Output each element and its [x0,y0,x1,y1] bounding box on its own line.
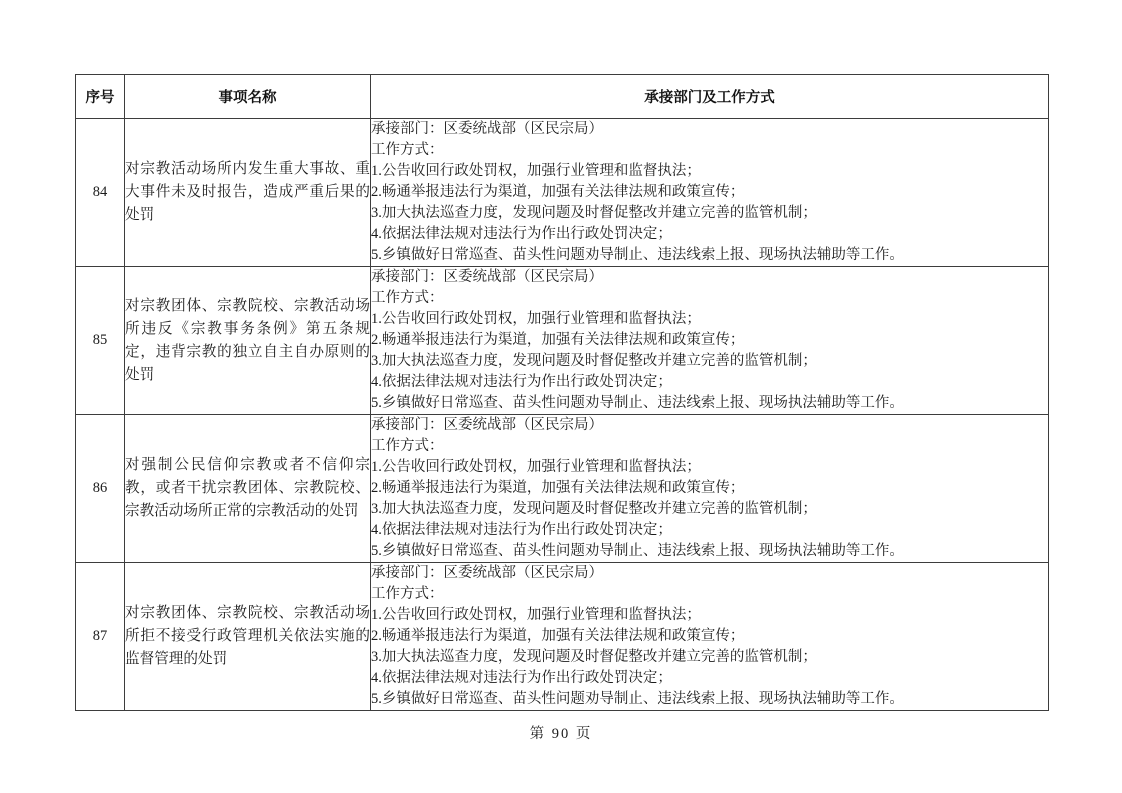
method-item: 1.公告收回行政处罚权，加强行业管理和监督执法； [371,605,1048,626]
serial-number: 85 [76,267,125,415]
method-item: 1.公告收回行政处罚权，加强行业管理和监督执法； [371,161,1048,182]
method-label: 工作方式： [371,288,1048,309]
col-header-serial: 序号 [76,75,125,119]
method-item: 3.加大执法巡查力度，发现问题及时督促整改并建立完善的监管机制； [371,647,1048,668]
method-label: 工作方式： [371,140,1048,161]
method-item: 5.乡镇做好日常巡查、苗头性问题劝导制止、违法线索上报、现场执法辅助等工作。 [371,541,1048,562]
item-name: 对宗教团体、宗教院校、宗教活动场所拒不接受行政管理机关依法实施的监督管理的处罚 [125,563,371,711]
department-cell: 承接部门：区委统战部（区民宗局） 工作方式： 1.公告收回行政处罚权，加强行业管… [371,563,1049,711]
method-item: 4.依据法律法规对违法行为作出行政处罚决定； [371,520,1048,541]
method-item: 2.畅通举报违法行为渠道，加强有关法律法规和政策宣传； [371,330,1048,351]
department-cell: 承接部门：区委统战部（区民宗局） 工作方式： 1.公告收回行政处罚权，加强行业管… [371,267,1049,415]
serial-number: 84 [76,119,125,267]
item-name: 对宗教团体、宗教院校、宗教活动场所违反《宗教事务条例》第五条规定，违背宗教的独立… [125,267,371,415]
method-item: 3.加大执法巡查力度，发现问题及时督促整改并建立完善的监管机制； [371,203,1048,224]
method-item: 3.加大执法巡查力度，发现问题及时督促整改并建立完善的监管机制； [371,499,1048,520]
method-item: 2.畅通举报违法行为渠道，加强有关法律法规和政策宣传； [371,626,1048,647]
items-table: 序号 事项名称 承接部门及工作方式 84 对宗教活动场所内发生重大事故、重大事件… [75,74,1049,711]
method-item: 1.公告收回行政处罚权，加强行业管理和监督执法； [371,309,1048,330]
method-item: 4.依据法律法规对违法行为作出行政处罚决定； [371,372,1048,393]
page-number: 第 90 页 [0,722,1122,743]
table-header-row: 序号 事项名称 承接部门及工作方式 [76,75,1049,119]
col-header-department: 承接部门及工作方式 [371,75,1049,119]
method-label: 工作方式： [371,584,1048,605]
department-cell: 承接部门：区委统战部（区民宗局） 工作方式： 1.公告收回行政处罚权，加强行业管… [371,415,1049,563]
method-item: 4.依据法律法规对违法行为作出行政处罚决定； [371,224,1048,245]
department-line: 承接部门：区委统战部（区民宗局） [371,415,1048,436]
method-item: 4.依据法律法规对违法行为作出行政处罚决定； [371,668,1048,689]
department-cell: 承接部门：区委统战部（区民宗局） 工作方式： 1.公告收回行政处罚权，加强行业管… [371,119,1049,267]
method-label: 工作方式： [371,436,1048,457]
document-page: 序号 事项名称 承接部门及工作方式 84 对宗教活动场所内发生重大事故、重大事件… [0,0,1122,793]
item-name: 对强制公民信仰宗教或者不信仰宗教，或者干扰宗教团体、宗教院校、宗教活动场所正常的… [125,415,371,563]
method-item: 2.畅通举报违法行为渠道，加强有关法律法规和政策宣传； [371,478,1048,499]
method-item: 5.乡镇做好日常巡查、苗头性问题劝导制止、违法线索上报、现场执法辅助等工作。 [371,245,1048,266]
table-row: 86 对强制公民信仰宗教或者不信仰宗教，或者干扰宗教团体、宗教院校、宗教活动场所… [76,415,1049,563]
department-line: 承接部门：区委统战部（区民宗局） [371,267,1048,288]
method-item: 5.乡镇做好日常巡查、苗头性问题劝导制止、违法线索上报、现场执法辅助等工作。 [371,689,1048,710]
method-item: 3.加大执法巡查力度，发现问题及时督促整改并建立完善的监管机制； [371,351,1048,372]
table-row: 85 对宗教团体、宗教院校、宗教活动场所违反《宗教事务条例》第五条规定，违背宗教… [76,267,1049,415]
department-line: 承接部门：区委统战部（区民宗局） [371,119,1048,140]
method-item: 1.公告收回行政处罚权，加强行业管理和监督执法； [371,457,1048,478]
method-item: 5.乡镇做好日常巡查、苗头性问题劝导制止、违法线索上报、现场执法辅助等工作。 [371,393,1048,414]
item-name: 对宗教活动场所内发生重大事故、重大事件未及时报告，造成严重后果的处罚 [125,119,371,267]
table-row: 87 对宗教团体、宗教院校、宗教活动场所拒不接受行政管理机关依法实施的监督管理的… [76,563,1049,711]
department-line: 承接部门：区委统战部（区民宗局） [371,563,1048,584]
table-row: 84 对宗教活动场所内发生重大事故、重大事件未及时报告，造成严重后果的处罚 承接… [76,119,1049,267]
serial-number: 86 [76,415,125,563]
col-header-item-name: 事项名称 [125,75,371,119]
method-item: 2.畅通举报违法行为渠道，加强有关法律法规和政策宣传； [371,182,1048,203]
serial-number: 87 [76,563,125,711]
